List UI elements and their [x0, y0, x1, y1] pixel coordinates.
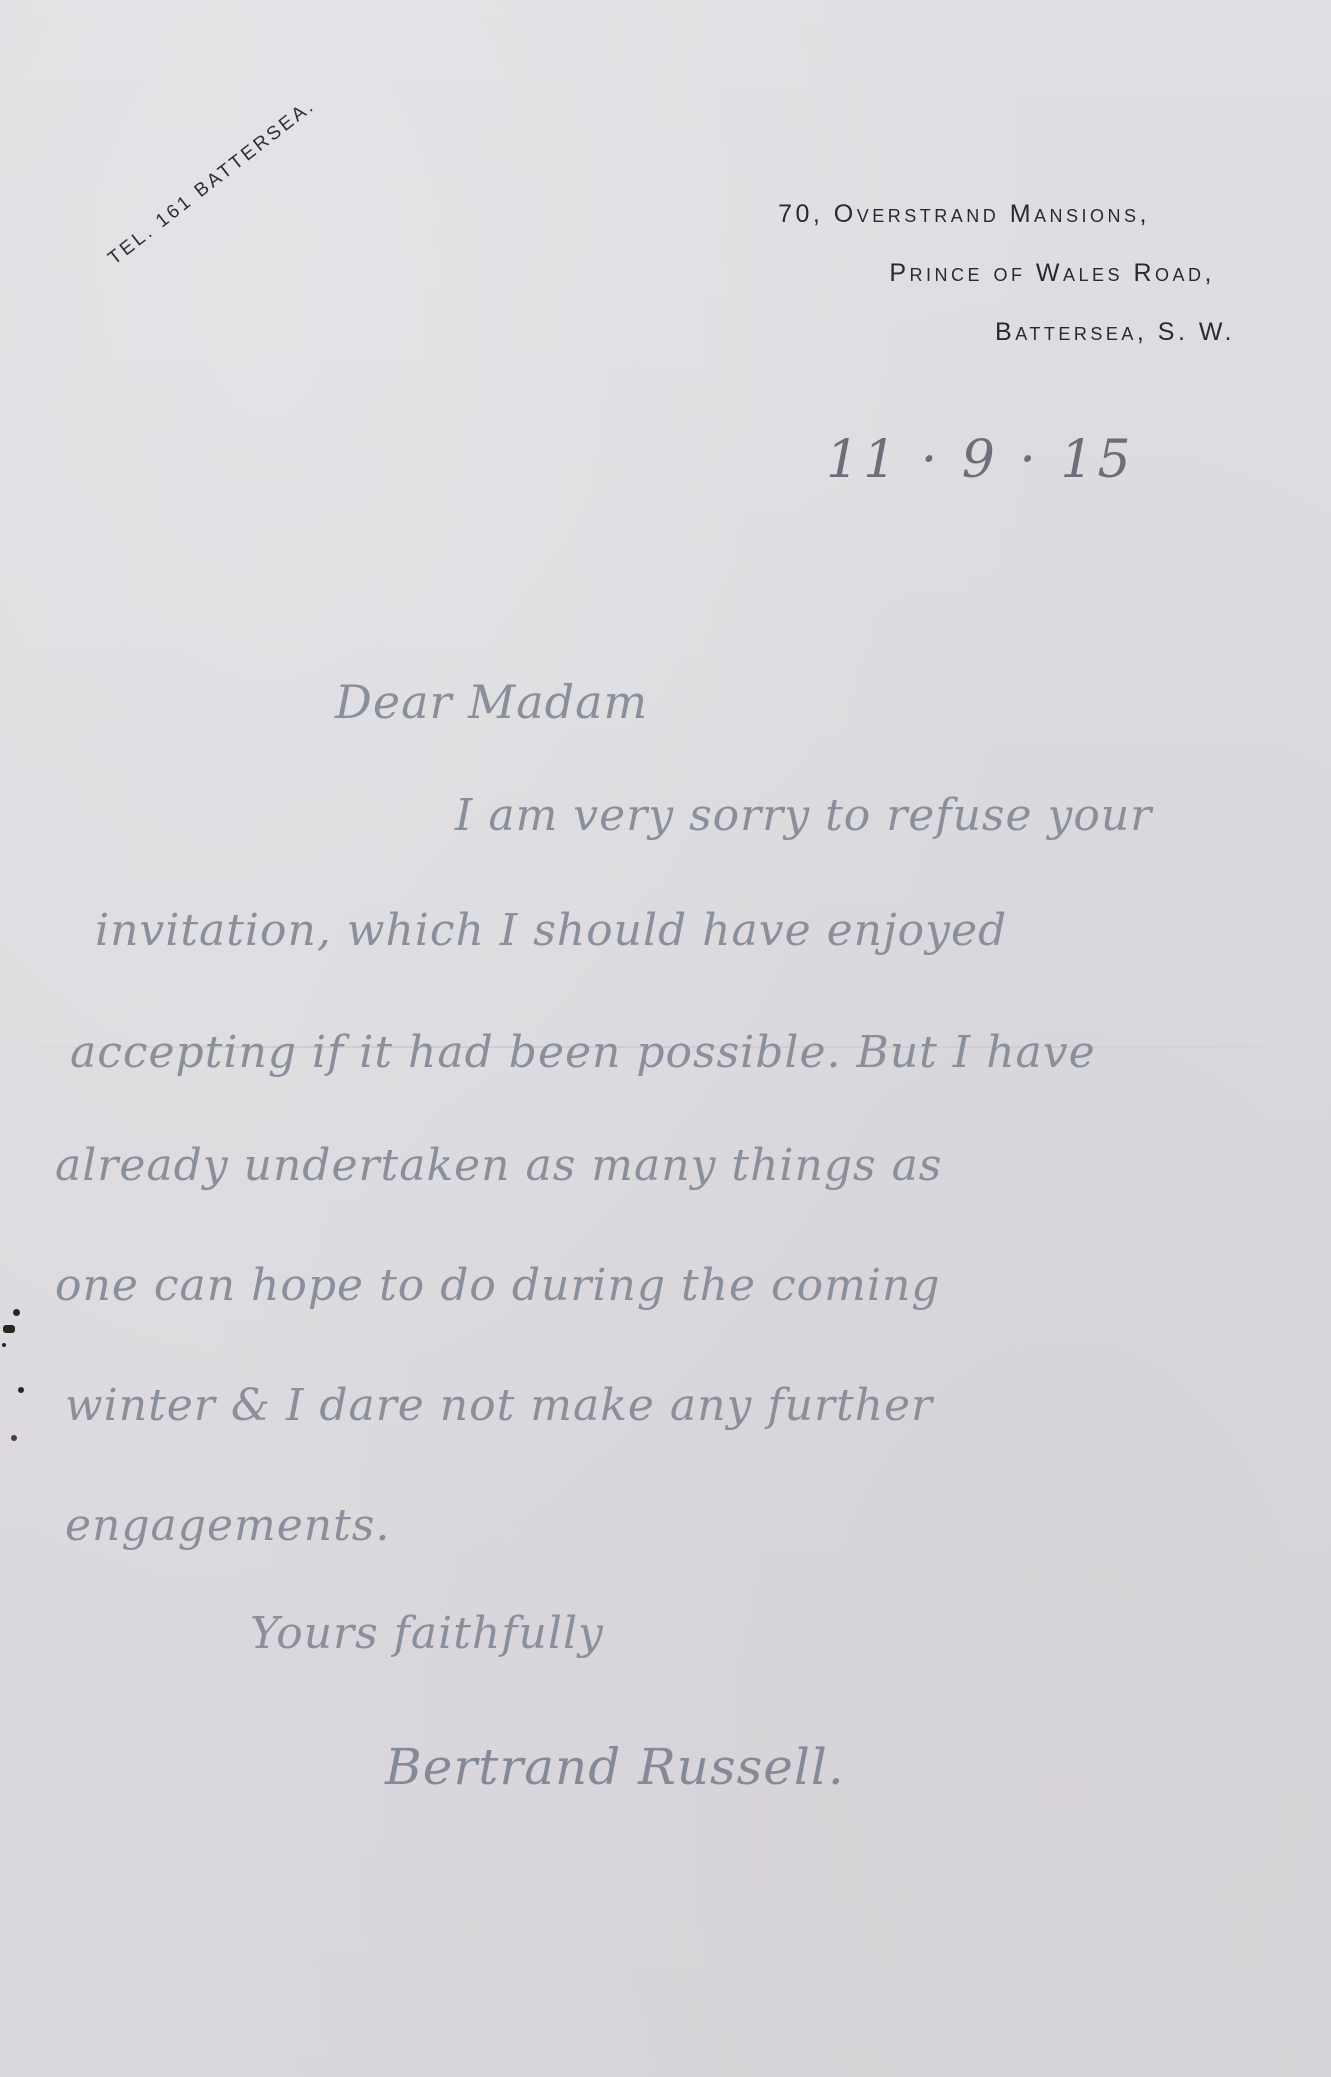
edge-mark	[3, 1325, 15, 1333]
edge-mark	[2, 1343, 6, 1347]
letterhead-address: 70, Overstrand Mansions, Prince of Wales…	[778, 200, 1235, 377]
letterhead-telephone: TEL. 161 BATTERSEA.	[104, 95, 319, 270]
address-line-2: Prince of Wales Road,	[778, 259, 1215, 287]
edge-mark	[13, 1309, 20, 1316]
letter-page: TEL. 161 BATTERSEA. 70, Overstrand Mansi…	[0, 0, 1331, 2077]
letter-signature: Bertrand Russell.	[385, 1738, 845, 1796]
letter-body-line: accepting if it had been possible. But I…	[70, 1027, 1096, 1078]
address-line-3: Battersea, S. W.	[778, 318, 1235, 346]
letter-body-line: I am very sorry to refuse your	[455, 790, 1152, 841]
edge-mark	[18, 1387, 24, 1393]
letter-date: 11 · 9 · 15	[826, 430, 1135, 490]
letter-body-line: already undertaken as many things as	[55, 1140, 942, 1191]
letter-body-line: engagements.	[65, 1500, 390, 1551]
address-line-1: 70, Overstrand Mansions,	[778, 200, 1150, 228]
letter-body-line: one can hope to do during the coming	[55, 1260, 940, 1311]
letter-closing: Yours faithfully	[250, 1608, 604, 1659]
letter-salutation: Dear Madam	[335, 675, 648, 729]
letter-body-line: winter & I dare not make any further	[65, 1380, 933, 1431]
letter-body-line: invitation, which I should have enjoyed	[95, 905, 1007, 956]
edge-mark	[11, 1435, 17, 1441]
